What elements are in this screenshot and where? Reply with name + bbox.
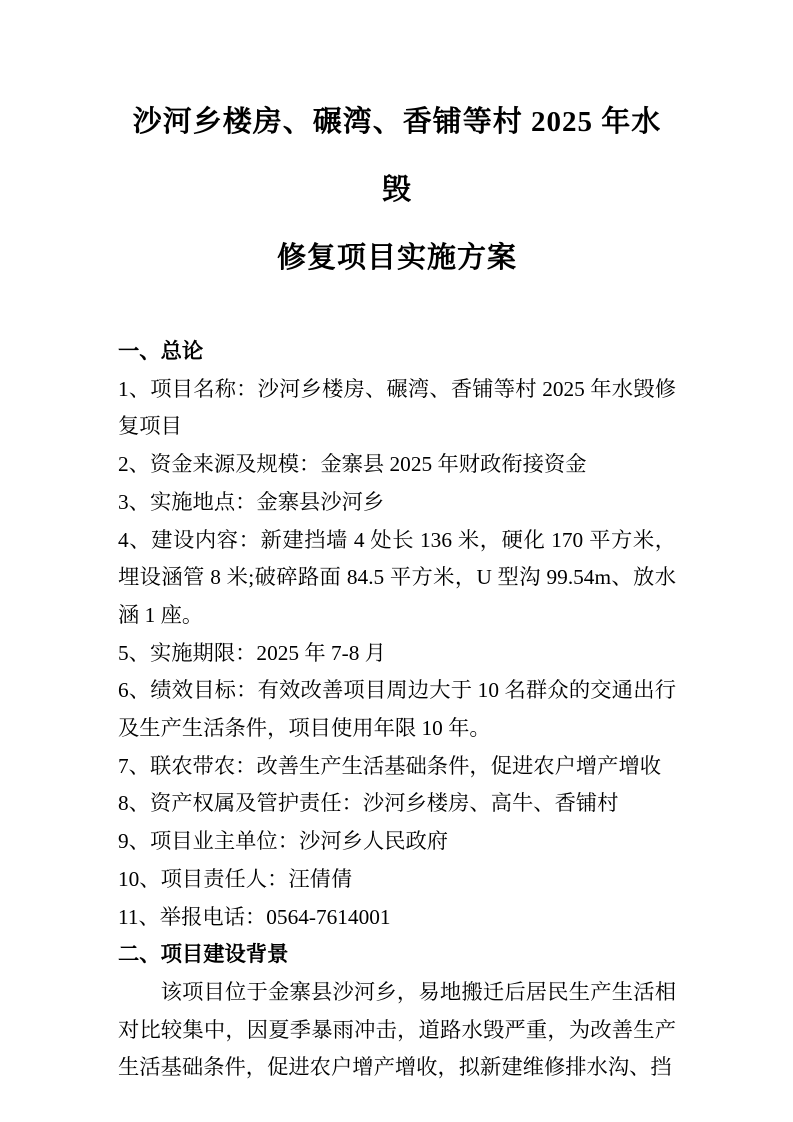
overview-item-asset-ownership: 8、资产权属及管护责任：沙河乡楼房、高牛、香铺村 xyxy=(118,785,676,823)
overview-item-responsible-person: 10、项目责任人：汪倩倩 xyxy=(118,861,676,899)
overview-item-project-name: 1、项目名称：沙河乡楼房、碾湾、香铺等村 2025 年水毁修复项目 xyxy=(118,371,676,446)
overview-item-funding-source: 2、资金来源及规模：金寨县 2025 年财政衔接资金 xyxy=(118,446,676,484)
overview-item-performance-goal: 6、绩效目标：有效改善项目周边大于 10 名群众的交通出行及生产生活条件，项目使… xyxy=(118,672,676,747)
overview-item-construction-content: 4、建设内容：新建挡墙 4 处长 136 米，硬化 170 平方米，埋设涵管 8… xyxy=(118,522,676,635)
overview-item-implementation-period: 5、实施期限：2025 年 7-8 月 xyxy=(118,635,676,673)
document-page: 沙河乡楼房、碾湾、香铺等村 2025 年水毁 修复项目实施方案 一、总论 1、项… xyxy=(0,0,793,1122)
overview-item-farmer-benefit: 7、联农带农：改善生产生活基础条件，促进农户增产增收 xyxy=(118,748,676,786)
document-title-line-1: 沙河乡楼房、碾湾、香铺等村 2025 年水毁 xyxy=(118,88,676,224)
document-title-line-2: 修复项目实施方案 xyxy=(118,224,676,292)
section-heading-overview: 一、总论 xyxy=(118,333,676,371)
overview-item-report-phone: 11、举报电话：0564-7614001 xyxy=(118,899,676,937)
section-heading-background: 二、项目建设背景 xyxy=(118,936,676,974)
overview-item-location: 3、实施地点：金寨县沙河乡 xyxy=(118,484,676,522)
background-paragraph: 该项目位于金寨县沙河乡，易地搬迁后居民生产生活相对比较集中，因夏季暴雨冲击，道路… xyxy=(118,974,676,1087)
overview-item-owner-unit: 9、项目业主单位：沙河乡人民政府 xyxy=(118,823,676,861)
document-title: 沙河乡楼房、碾湾、香铺等村 2025 年水毁 修复项目实施方案 xyxy=(118,88,676,292)
